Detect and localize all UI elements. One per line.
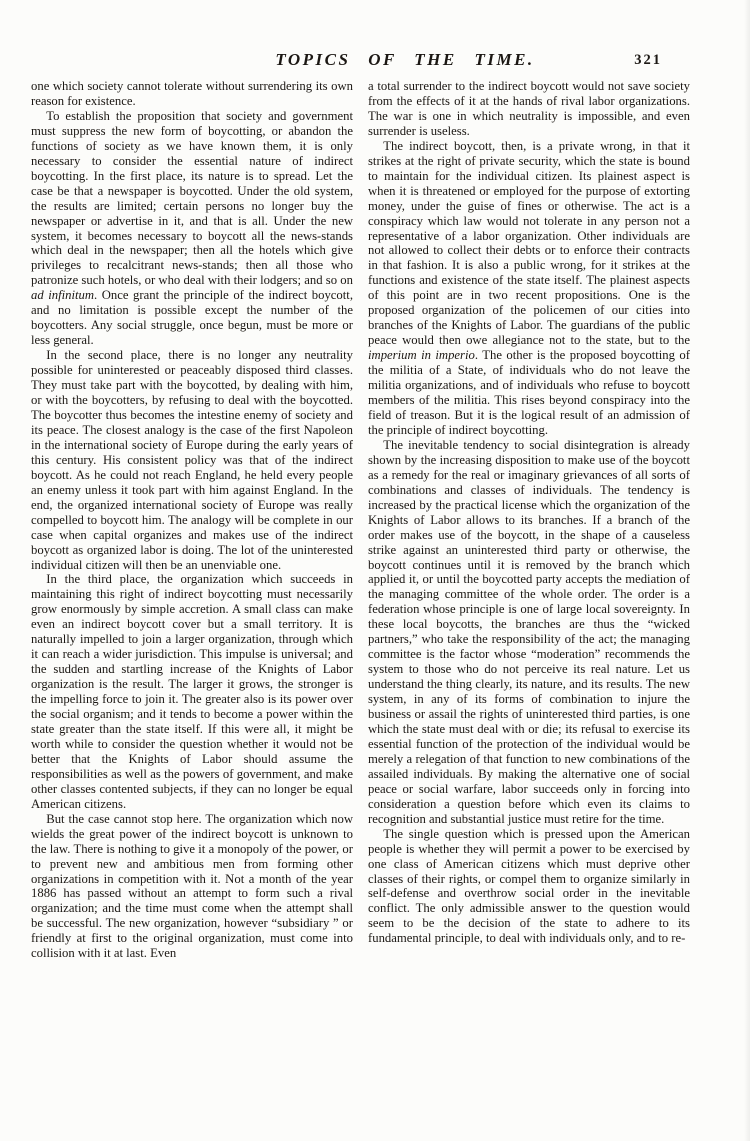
paragraph: a total surrender to the indirect boycot…	[368, 79, 690, 139]
paragraph: In the second place, there is no longer …	[31, 348, 353, 572]
left-column: one which society cannot tolerate withou…	[31, 79, 353, 961]
paragraph: The single question which is pressed upo…	[368, 827, 690, 947]
paragraph: The indirect boycott, then, is a private…	[368, 139, 690, 438]
right-column: a total surrender to the indirect boycot…	[368, 79, 690, 961]
paragraph: To establish the proposition that societ…	[31, 109, 353, 348]
text-columns: one which society cannot tolerate withou…	[31, 79, 719, 961]
scan-edge-shade	[744, 0, 750, 1141]
paragraph: one which society cannot tolerate withou…	[31, 79, 353, 109]
paragraph: But the case cannot stop here. The organ…	[31, 812, 353, 962]
page-number: 321	[634, 52, 662, 69]
paragraph: The inevitable tendency to social disint…	[368, 438, 690, 827]
page-title: TOPICS OF THE TIME.	[275, 50, 534, 70]
magazine-page: TOPICS OF THE TIME. 321 one which societ…	[0, 0, 750, 1141]
running-head: TOPICS OF THE TIME. 321	[0, 50, 750, 76]
paragraph: In the third place, the organization whi…	[31, 572, 353, 811]
